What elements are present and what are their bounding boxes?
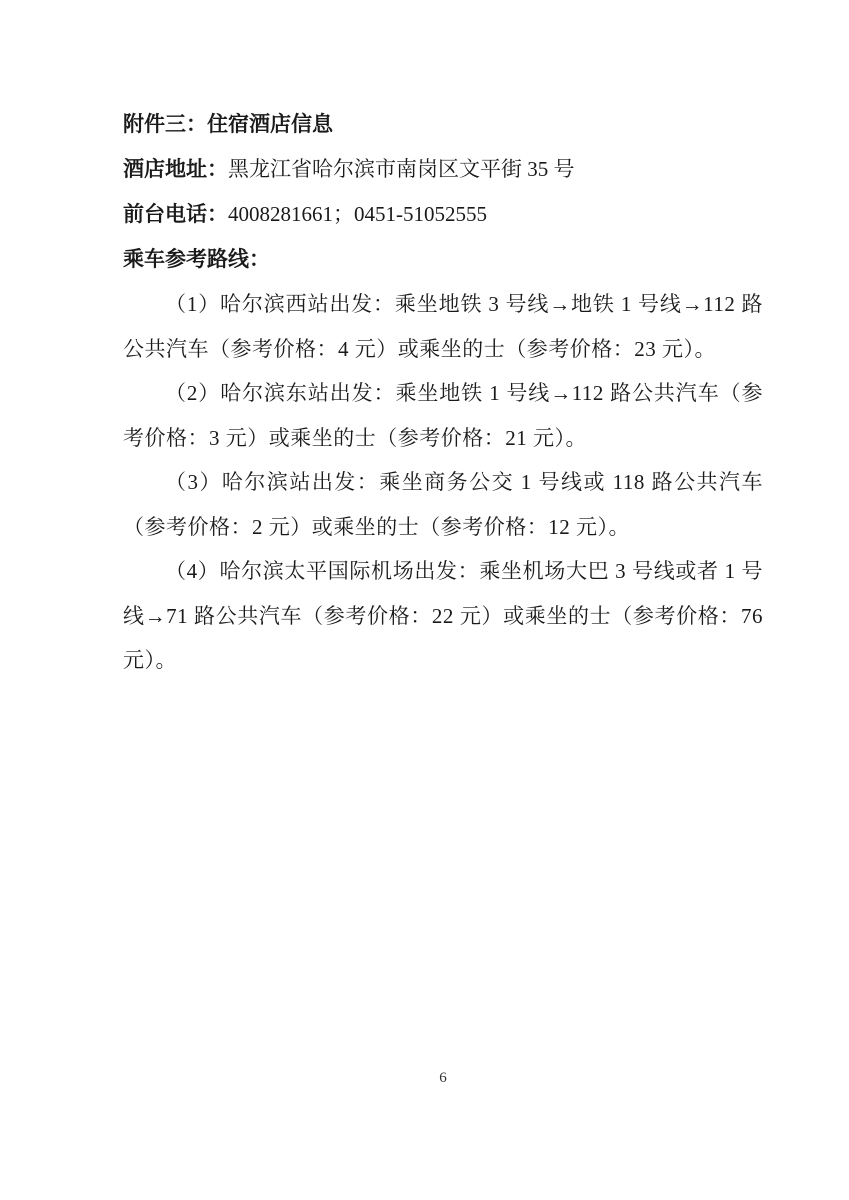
front-desk-phone-value: 4008281661；0451-51052555 [228,202,487,226]
attachment-title: 附件三：住宿酒店信息 [123,102,763,147]
route-paragraph-3: （3）哈尔滨站出发：乘坐商务公交 1 号线或 118 路公共汽车（参考价格：2 … [123,460,763,549]
route-paragraph-1: （1）哈尔滨西站出发：乘坐地铁 3 号线→地铁 1 号线→112 路公共汽车（参… [123,282,763,371]
document-page: 附件三：住宿酒店信息 酒店地址：黑龙江省哈尔滨市南岗区文平街 35 号 前台电话… [0,0,849,1200]
routes-section-heading: 乘车参考路线： [123,237,763,282]
hotel-address-value: 黑龙江省哈尔滨市南岗区文平街 35 号 [228,157,575,181]
document-content: 附件三：住宿酒店信息 酒店地址：黑龙江省哈尔滨市南岗区文平街 35 号 前台电话… [123,102,763,683]
page-number: 6 [123,1070,763,1087]
route-paragraph-4: （4）哈尔滨太平国际机场出发：乘坐机场大巴 3 号线或者 1 号线→71 路公共… [123,549,763,683]
route-paragraph-2: （2）哈尔滨东站出发：乘坐地铁 1 号线→112 路公共汽车（参考价格：3 元）… [123,371,763,460]
hotel-address-line: 酒店地址：黑龙江省哈尔滨市南岗区文平街 35 号 [123,147,763,192]
front-desk-phone-label: 前台电话： [123,202,228,226]
hotel-address-label: 酒店地址： [123,157,228,181]
front-desk-phone-line: 前台电话：4008281661；0451-51052555 [123,192,763,237]
